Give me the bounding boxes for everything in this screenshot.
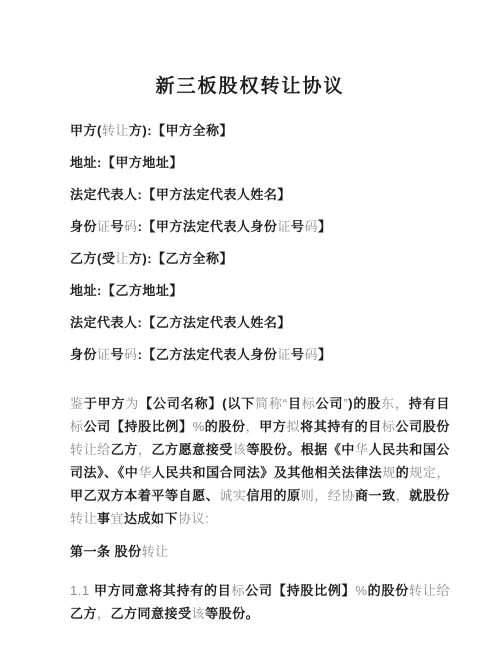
- party-a-legal-rep-line: 法定代表人:【甲方法定代表人姓名】: [70, 188, 450, 202]
- clause-1-1-paragraph: 1.1 甲方同意将其持有的目标公司【持股比例】%的股份转让给乙方，乙方同意接受该…: [70, 579, 450, 625]
- party-b-legal-rep-line: 法定代表人:【乙方法定代表人姓名】: [70, 316, 450, 330]
- party-b-address-line: 地址:【乙方地址】: [70, 284, 450, 298]
- party-a-address-line: 地址:【甲方地址】: [70, 156, 450, 170]
- party-a-name-line: 甲方(转让方):【甲方全称】: [70, 124, 450, 138]
- parties-section: 甲方(转让方):【甲方全称】 地址:【甲方地址】 法定代表人:【甲方法定代表人姓…: [70, 124, 450, 362]
- agreement-document-page: 新三板股权转让协议 甲方(转让方):【甲方全称】 地址:【甲方地址】 法定代表人…: [0, 0, 500, 647]
- document-viewport: { "colors": { "text": "#1c1c1c", "light_…: [0, 0, 500, 647]
- preamble-paragraph: 鉴于甲方为【公司名称】(以下简称“目标公司”)的股东，持有目标公司【持股比例】%…: [70, 392, 450, 530]
- party-b-name-line: 乙方(受让方):【乙方全称】: [70, 252, 450, 266]
- party-b-id-number-line: 身份证号码:【乙方法定代表人身份证号码】: [70, 348, 450, 362]
- document-title: 新三板股权转让协议: [50, 74, 450, 100]
- party-a-id-number-line: 身份证号码:【甲方法定代表人身份证号码】: [70, 220, 450, 234]
- article-1-heading: 第一条 股份转让: [70, 544, 450, 559]
